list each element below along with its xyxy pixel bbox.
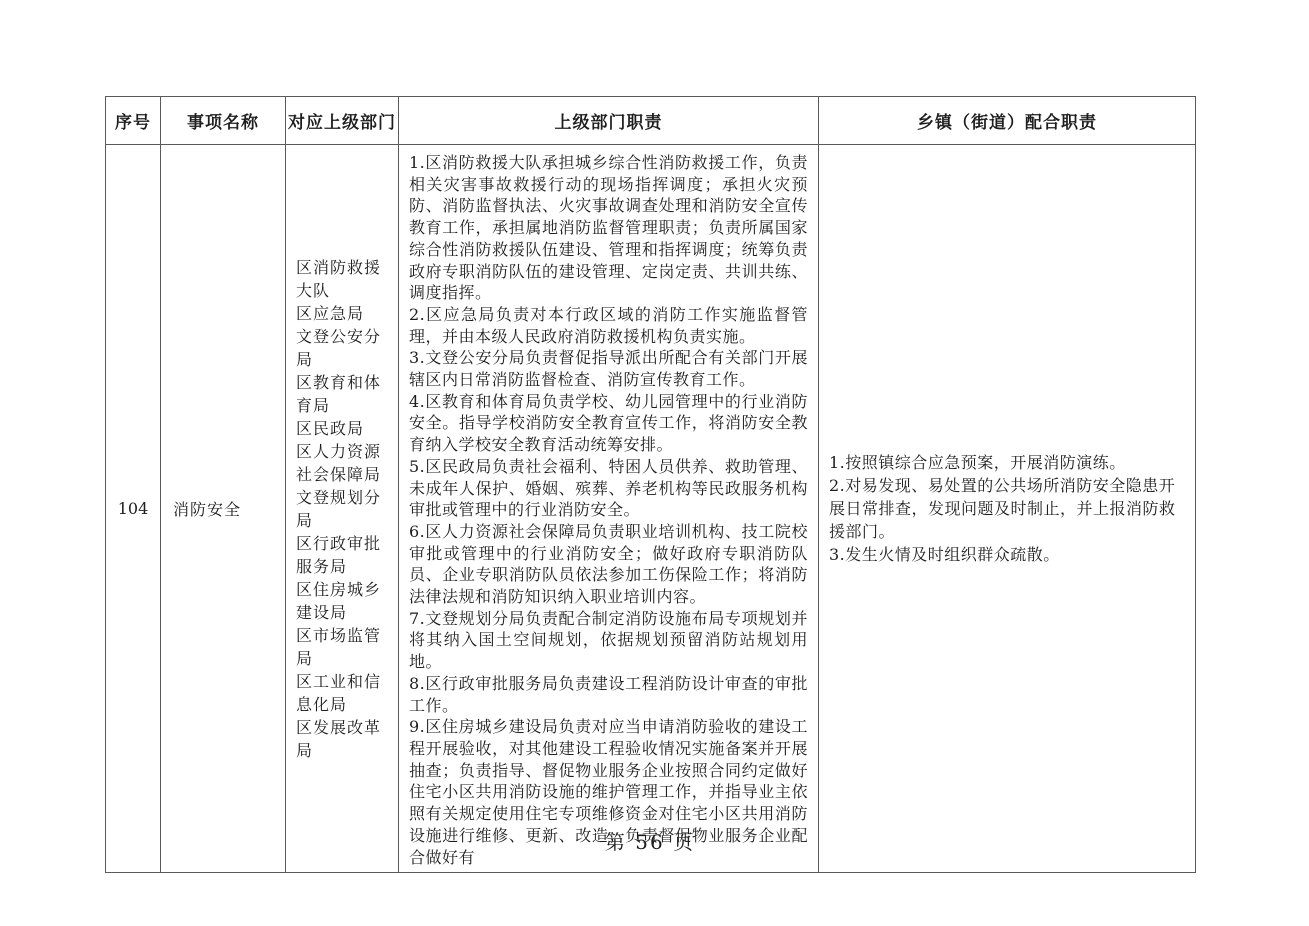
table-header-row: 序号 事项名称 对应上级部门 上级部门职责 乡镇（街道）配合职责: [106, 97, 1196, 145]
superior-duty-item: 2.区应急局负责对本行政区域的消防工作实施监督管理，并由本级人民政府消防救援机构…: [409, 304, 808, 347]
department-item: 文登规划分局: [296, 486, 394, 532]
township-duty-item: 1.按照镇综合应急预案，开展消防演练。: [829, 451, 1185, 474]
header-item-name: 事项名称: [161, 97, 286, 145]
cell-item-name: 消防安全: [161, 145, 286, 873]
header-township-duties: 乡镇（街道）配合职责: [819, 97, 1196, 145]
cell-township-duties: 1.按照镇综合应急预案，开展消防演练。2.对易发现、易处置的公共场所消防安全隐患…: [819, 145, 1196, 873]
table-row: 104 消防安全 区消防救援大队区应急局文登公安分局区教育和体育局区民政局区人力…: [106, 145, 1196, 873]
superior-duty-item: 3.文登公安分局负责督促指导派出所配合有关部门开展辖区内日常消防监督检查、消防宣…: [409, 347, 808, 390]
department-item: 区教育和体育局: [296, 371, 394, 417]
superior-duty-item: 4.区教育和体育局负责学校、幼儿园管理中的行业消防安全。指导学校消防安全教育宣传…: [409, 391, 808, 456]
superior-duty-item: 6.区人力资源社会保障局负责职业培训机构、技工院校审批或管理中的行业消防安全；做…: [409, 521, 808, 608]
superior-duty-item: 1.区消防救援大队承担城乡综合性消防救援工作，负责相关灾害事故救援行动的现场指挥…: [409, 152, 808, 304]
department-item: 区住房城乡建设局: [296, 578, 394, 624]
township-duty-item: 2.对易发现、易处置的公共场所消防安全隐患开展日常排查，发现问题及时制止，并上报…: [829, 474, 1185, 543]
department-list: 区消防救援大队区应急局文登公安分局区教育和体育局区民政局区人力资源社会保障局文登…: [296, 256, 394, 762]
department-item: 区市场监管局: [296, 624, 394, 670]
superior-duty-item: 5.区民政局负责社会福利、特困人员供养、救助管理、未成年人保护、婚姻、殡葬、养老…: [409, 456, 808, 521]
department-item: 区应急局: [296, 302, 394, 325]
department-item: 区工业和信息化局: [296, 670, 394, 716]
township-duties-list: 1.按照镇综合应急预案，开展消防演练。2.对易发现、易处置的公共场所消防安全隐患…: [829, 451, 1185, 566]
superior-duty-item: 8.区行政审批服务局负责建设工程消防设计审查的审批工作。: [409, 673, 808, 716]
header-serial-number: 序号: [106, 97, 161, 145]
department-item: 区民政局: [296, 417, 394, 440]
document-page: 序号 事项名称 对应上级部门 上级部门职责 乡镇（街道）配合职责 104 消防安…: [0, 0, 1309, 926]
department-item: 区发展改革局: [296, 716, 394, 762]
cell-superior-duties: 1.区消防救援大队承担城乡综合性消防救援工作，负责相关灾害事故救援行动的现场指挥…: [399, 145, 819, 873]
cell-superior-departments: 区消防救援大队区应急局文登公安分局区教育和体育局区民政局区人力资源社会保障局文登…: [286, 145, 399, 873]
superior-duty-item: 7.文登规划分局负责配合制定消防设施布局专项规划并将其纳入国土空间规划，依据规划…: [409, 608, 808, 673]
duty-table: 序号 事项名称 对应上级部门 上级部门职责 乡镇（街道）配合职责 104 消防安…: [105, 96, 1196, 873]
department-item: 文登公安分局: [296, 325, 394, 371]
cell-serial-number: 104: [106, 145, 161, 873]
superior-duties-list: 1.区消防救援大队承担城乡综合性消防救援工作，负责相关灾害事故救援行动的现场指挥…: [409, 152, 808, 868]
department-item: 区人力资源社会保障局: [296, 440, 394, 486]
header-superior-duties: 上级部门职责: [399, 97, 819, 145]
department-item: 区消防救援大队: [296, 256, 394, 302]
township-duty-item: 3.发生火情及时组织群众疏散。: [829, 543, 1185, 566]
header-superior-department: 对应上级部门: [286, 97, 399, 145]
department-item: 区行政审批服务局: [296, 532, 394, 578]
page-number: 第 56 页: [105, 826, 1195, 855]
